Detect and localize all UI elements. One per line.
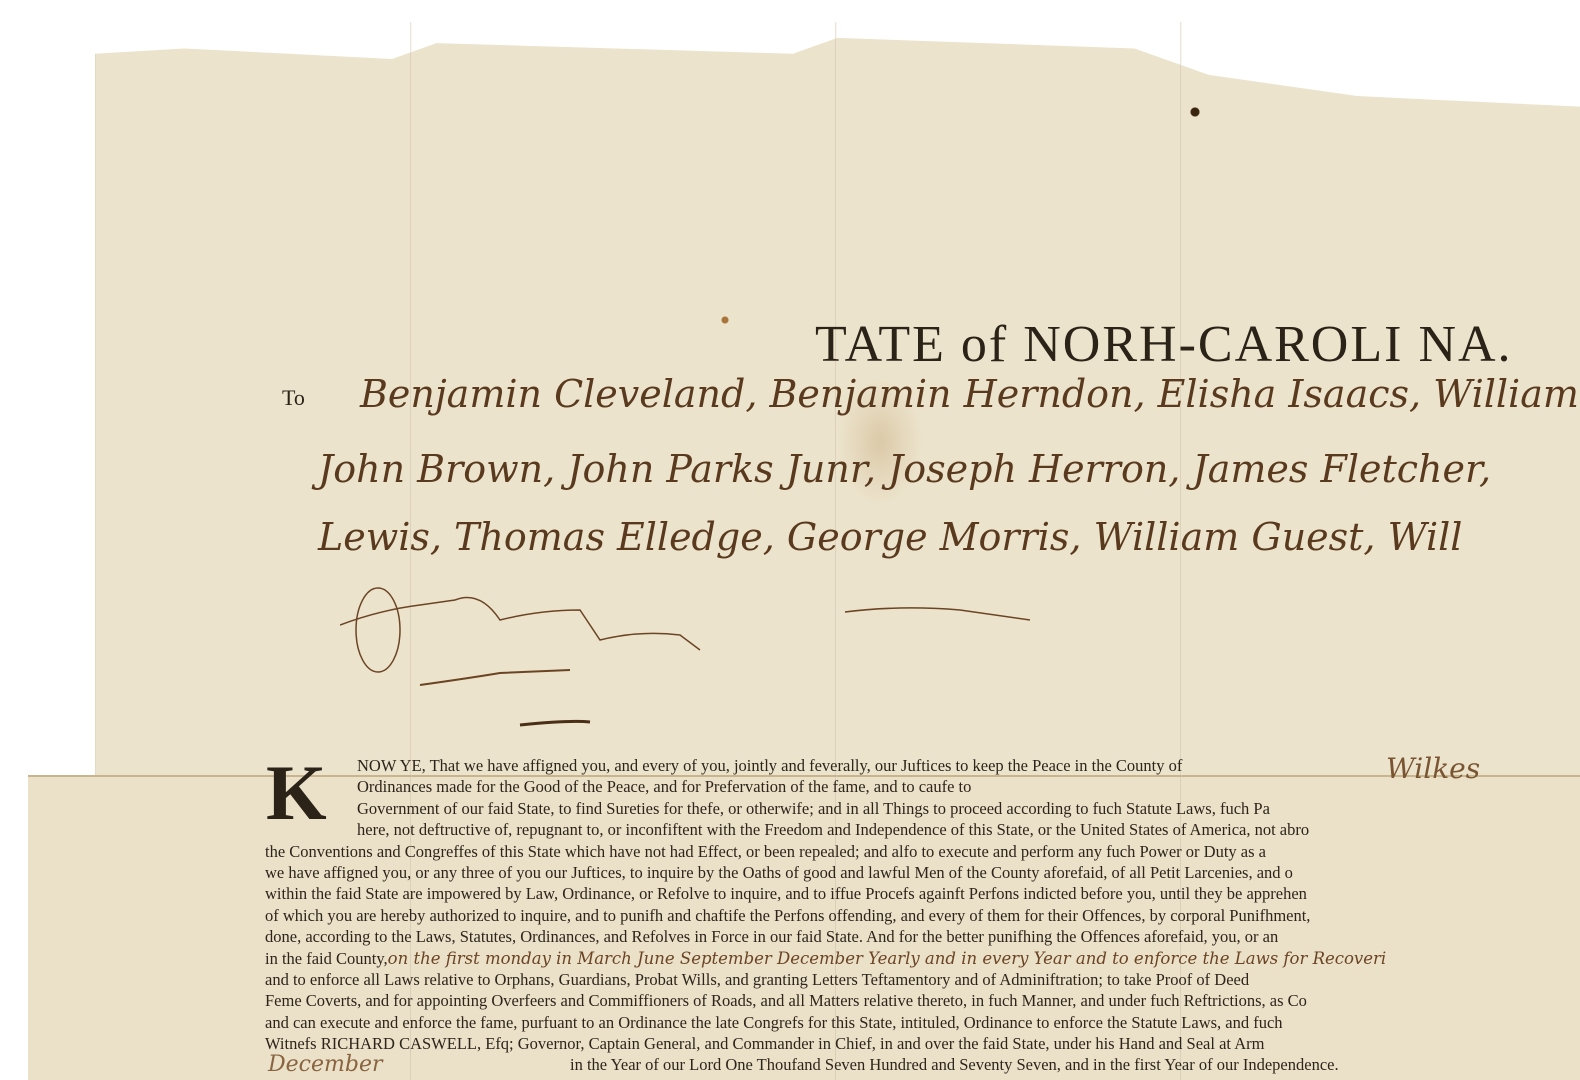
body-line: NOW YE, That we have affigned you, and e… <box>265 755 1580 776</box>
pen-flourish-icon <box>340 570 1240 730</box>
body-line: and to enforce all Laws relative to Orph… <box>265 969 1580 990</box>
body-line: Government of our faid State, to find Su… <box>265 798 1580 819</box>
document-title: TATE of NORH-CAROLI NA. <box>815 315 1513 374</box>
month-annotation: December <box>268 1052 382 1077</box>
body-line: and can execute and enforce the fame, pu… <box>265 1012 1580 1033</box>
commission-body-text: NOW YE, That we have affigned you, and e… <box>265 755 1580 1076</box>
body-line: here, not deftructive of, repugnant to, … <box>265 819 1580 840</box>
body-line: within the faid State are impowered by L… <box>265 883 1580 904</box>
body-line: Feme Coverts, and for appointing Overfee… <box>265 990 1580 1011</box>
body-line: Ordinances made for the Good of the Peac… <box>265 776 1580 797</box>
salutation: To <box>282 385 305 411</box>
body-line-prefix: in the faid County, <box>265 949 388 968</box>
handwritten-names-line-3: Lewis, Thomas Elledge, George Morris, Wi… <box>318 515 1462 559</box>
body-line: done, according to the Laws, Statutes, O… <box>265 926 1580 947</box>
handwritten-names-line-2: John Brown, John Parks Junr, Joseph Herr… <box>318 447 1491 491</box>
body-line: in the Year of our Lord One Thoufand Sev… <box>265 1054 1580 1075</box>
body-line: the Conventions and Congreffes of this S… <box>265 841 1580 862</box>
body-line-with-manuscript: in the faid County,on the first monday i… <box>265 948 1580 969</box>
body-line: we have affigned you, or any three of yo… <box>265 862 1580 883</box>
court-schedule-annotation: on the first monday in March June Septem… <box>388 949 1387 968</box>
handwritten-names-line-1: Benjamin Cleveland, Benjamin Herndon, El… <box>360 372 1579 416</box>
body-line: of which you are hereby authorized to in… <box>265 905 1580 926</box>
body-line: Witnefs RICHARD CASWELL, Efq; Governor, … <box>265 1033 1580 1054</box>
